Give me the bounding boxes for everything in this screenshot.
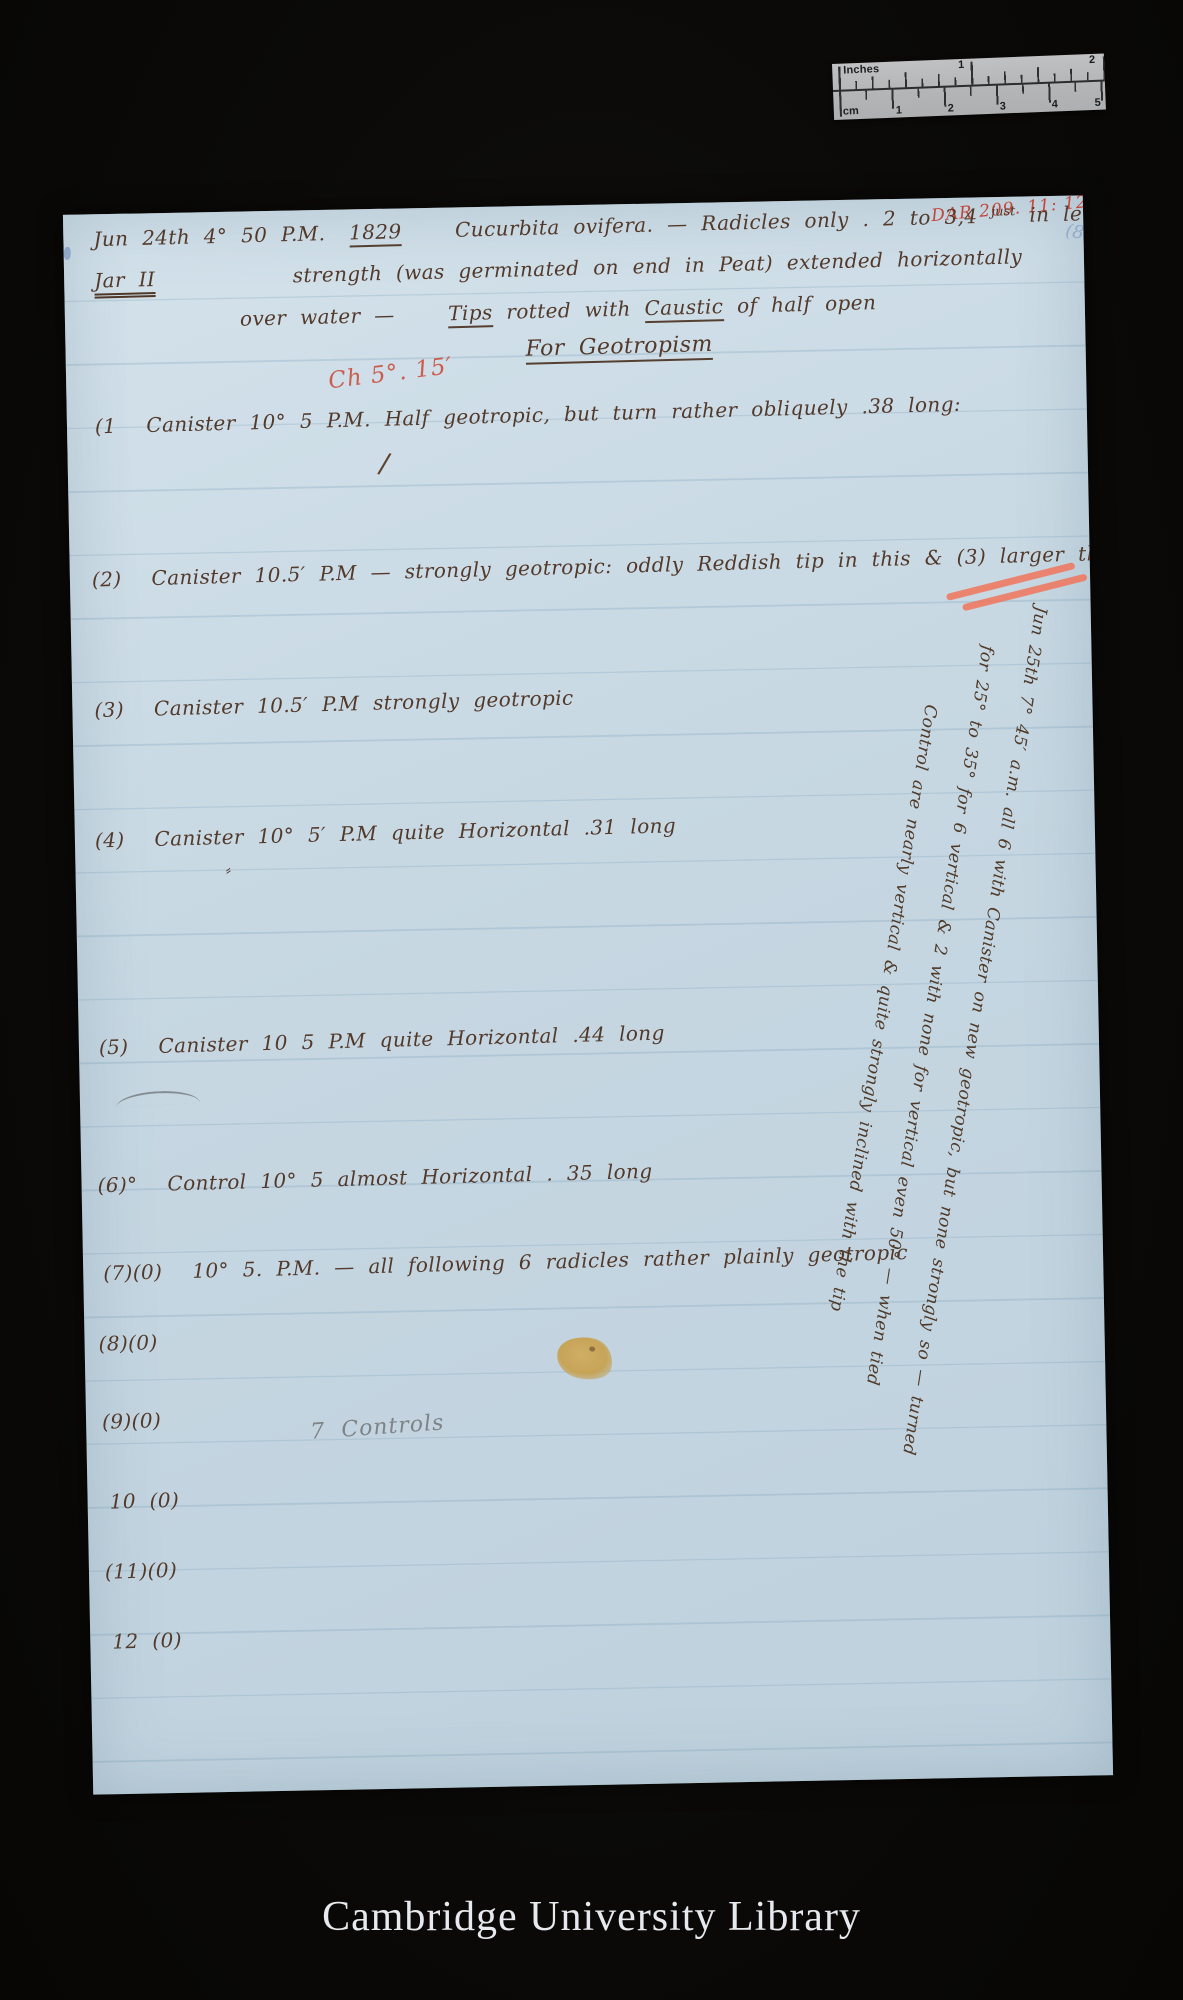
line3-caustic-word: Caustic <box>644 294 723 323</box>
entry-4-text: Canister 10° 5′ P.M quite Horizontal .31… <box>154 813 676 851</box>
entry-9-label: (9)(0) <box>102 1409 162 1434</box>
entry-5-label: (5) <box>99 1036 129 1060</box>
ruler-cm-label: cm <box>843 106 859 118</box>
entry-8-text <box>187 1329 188 1353</box>
library-caption: Cambridge University Library <box>0 1893 1183 1941</box>
spacer <box>409 321 435 322</box>
entry-1-label: (1 <box>95 415 117 439</box>
entry-7-text: 10° 5. P.M. — all following 6 radicles r… <box>192 1240 908 1283</box>
header-superscript: just <box>991 204 1016 220</box>
entry-8-label: (8)(0) <box>98 1331 158 1356</box>
jar-label: Jar II <box>94 267 156 299</box>
header-line-3: over water — Tips rotted with Caustic of… <box>240 291 877 331</box>
manuscript-page: DAR 209. 11: 122 (8 Jun 24th 4° 50 P.M. … <box>63 195 1113 1794</box>
entry-11-label: (11)(0) <box>105 1559 178 1584</box>
entry-4: (4)Canister 10° 5′ P.M quite Horizontal … <box>95 814 677 852</box>
ruler-inch-number-2: 2 <box>1089 55 1096 66</box>
entry-10-text <box>209 1487 210 1511</box>
header-title-c: in length quite <box>1029 198 1113 226</box>
header-title-b: . 2 to 3,4 <box>862 204 978 231</box>
entry-3: (3)Canister 10.5′ P.M strongly geotropic <box>94 687 574 723</box>
entry-11-text <box>207 1557 208 1581</box>
spacer <box>415 237 441 238</box>
entry-4-label: (4) <box>95 829 125 853</box>
entry-2: (2)Canister 10.5′ P.M — strongly geotrop… <box>92 538 1113 592</box>
line3-tail: of half open <box>737 290 877 318</box>
entry-8: (8)(0) <box>98 1330 188 1355</box>
pencil-controls-note: 7 Controls <box>310 1410 446 1445</box>
entry-9: (9)(0) <box>102 1408 192 1433</box>
spacer <box>169 283 279 286</box>
entry-3-label: (3) <box>94 698 124 722</box>
header-line-1: Jun 24th 4° 50 P.M. 1829 Cucurbita ovife… <box>93 199 1113 251</box>
entry-10: 10 (0) <box>109 1488 209 1514</box>
entry-9-text <box>191 1407 192 1431</box>
ruler-cm-number-1: 1 <box>896 105 903 116</box>
entry-12-label: 12 (0) <box>112 1629 182 1654</box>
entry-6-text: Control 10° 5 almost Horizontal . 35 lon… <box>167 1159 653 1196</box>
entry-11: (11)(0) <box>105 1558 208 1584</box>
ruler-cm-number-5: 5 <box>1094 98 1101 109</box>
entry-7-label: (7)(0) <box>103 1261 163 1286</box>
entry-6-label: (6)° <box>97 1173 138 1197</box>
entry-6: (6)°Control 10° 5 almost Horizontal . 35… <box>97 1160 653 1198</box>
header-line2-text: strength (was germinated on end in Peat)… <box>292 244 1022 287</box>
line3-pre: over water — <box>240 303 395 331</box>
ruler-cm-number-4: 4 <box>1052 99 1059 110</box>
paper-stain <box>553 1331 617 1384</box>
entry-2-label: (2) <box>92 568 122 592</box>
entry-12: 12 (0) <box>112 1628 212 1654</box>
entry-1-text: Canister 10° 5 P.M. Half geotropic, but … <box>146 392 961 437</box>
ruler-inch-number-1: 1 <box>958 60 965 71</box>
header-title-a: Cucurbita ovifera. — Radicles only <box>455 207 849 241</box>
measurement-ruler: Inches 1 2 cm 1 2 3 4 5 <box>832 54 1106 120</box>
entry-5: (5)Canister 10 5 P.M quite Horizontal .4… <box>99 1022 665 1060</box>
blue-ink-smudge <box>64 247 71 260</box>
entry-1: (1Canister 10° 5 P.M. Half geotropic, bu… <box>95 393 962 439</box>
line3-mid: rotted with <box>506 297 631 324</box>
header-line-2: Jar II strength (was germinated on end i… <box>94 245 1023 292</box>
ruler-inches-label: Inches <box>843 64 879 76</box>
header-date: Jun 24th 4° 50 P.M. <box>93 221 326 251</box>
photo-backdrop: Inches 1 2 cm 1 2 3 4 5 DAR 209. 11: 122… <box>0 0 1183 2000</box>
ink-caret-mark: ∕ <box>376 446 393 480</box>
entry-10-label: 10 (0) <box>109 1489 179 1514</box>
ruler-cm-number-2: 2 <box>948 103 955 114</box>
header-line-4: For Geotropism <box>525 332 713 362</box>
entry-7: (7)(0)10° 5. P.M. — all following 6 radi… <box>103 1241 908 1285</box>
ruler-cm-number-3: 3 <box>1000 101 1007 112</box>
header-year: 1829 <box>349 219 402 247</box>
entry-3-text: Canister 10.5′ P.M strongly geotropic <box>154 686 574 721</box>
entry-12-text <box>212 1627 213 1651</box>
red-chalk-note: Ch 5°. 15′ <box>327 353 454 394</box>
geotropism-heading: For Geotropism <box>525 332 713 365</box>
entry-5-text: Canister 10 5 P.M quite Horizontal .44 l… <box>158 1021 665 1058</box>
entry-2-text: Canister 10.5′ P.M — strongly geotropic:… <box>151 537 1113 590</box>
line3-tips-word: Tips <box>448 300 493 328</box>
pencil-curve-mark <box>116 1089 201 1108</box>
ink-squiggle-mark: ⸗ <box>224 860 232 881</box>
